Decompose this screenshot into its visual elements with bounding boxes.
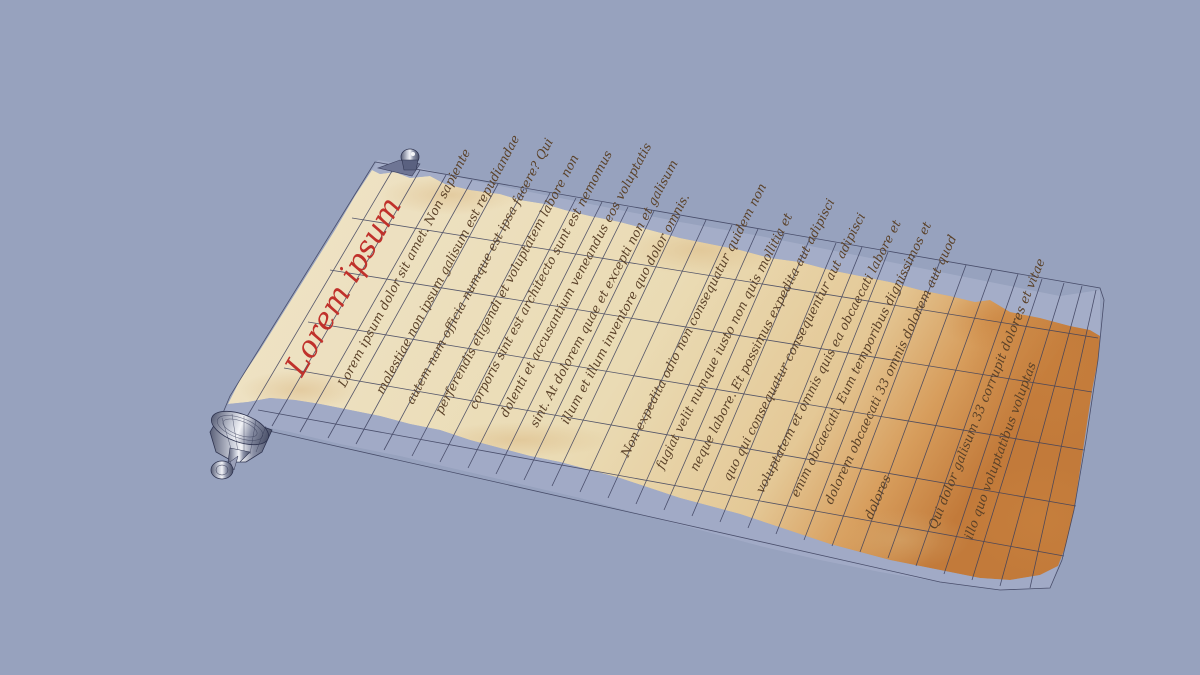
render-viewport: Lorem ipsum Lorem ipsum dolor sit amet. …: [0, 0, 1200, 675]
scroll-render: Lorem ipsum Lorem ipsum dolor sit amet. …: [0, 0, 1200, 675]
